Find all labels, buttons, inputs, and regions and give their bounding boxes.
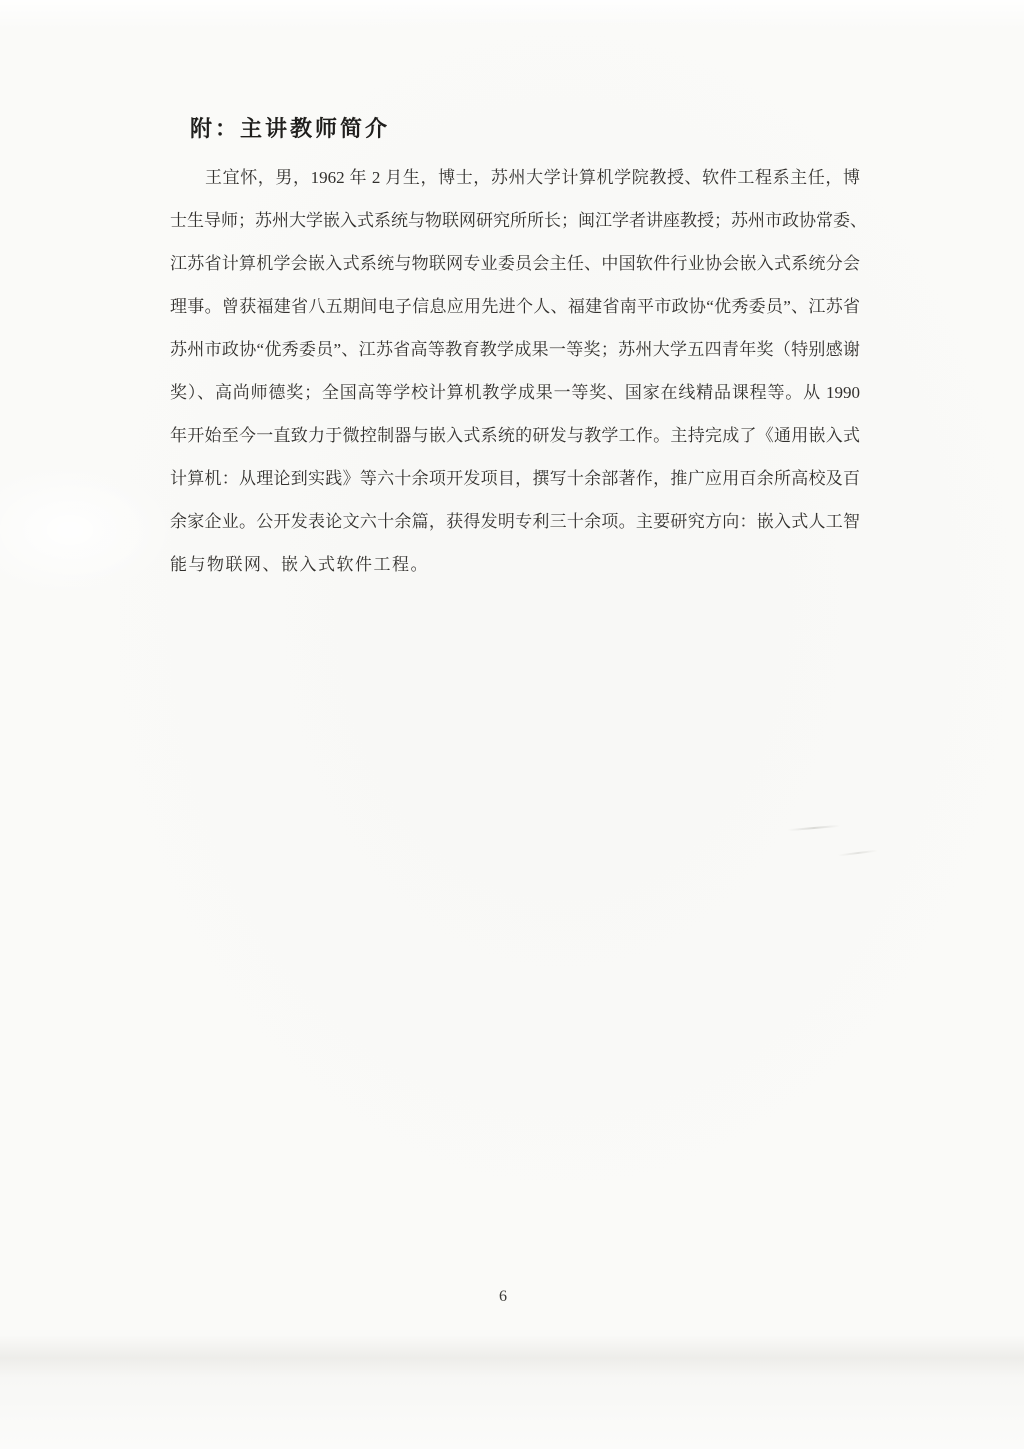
paper-crease-mark [838, 850, 878, 857]
paragraph-line: 余家企业。公开发表论文六十余篇，获得发明专利三十余项。主要研究方向：嵌入式人工智 [170, 500, 860, 543]
scanned-page: 附：主讲教师简介 王宜怀，男，1962 年 2 月生，博士，苏州大学计算机学院教… [0, 0, 1024, 1449]
bio-paragraph: 王宜怀，男，1962 年 2 月生，博士，苏州大学计算机学院教授、软件工程系主任… [170, 156, 860, 586]
paragraph-line: 苏州市政协“优秀委员”、江苏省高等教育教学成果一等奖；苏州大学五四青年奖（特别感… [170, 328, 860, 371]
paragraph-line: 能与物联网、嵌入式软件工程。 [170, 543, 860, 586]
paragraph-line: 王宜怀，男，1962 年 2 月生，博士，苏州大学计算机学院教授、软件工程系主任… [170, 156, 860, 199]
paragraph-line: 理事。曾获福建省八五期间电子信息应用先进个人、福建省南平市政协“优秀委员”、江苏… [170, 285, 860, 328]
paragraph-line: 士生导师；苏州大学嵌入式系统与物联网研究所所长；闽江学者讲座教授；苏州市政协常委… [170, 199, 860, 242]
paragraph-line: 奖）、高尚师德奖；全国高等学校计算机教学成果一等奖、国家在线精品课程等。从 19… [170, 371, 860, 414]
paragraph-line: 计算机：从理论到实践》等六十余项开发项目，撰写十余部著作，推广应用百余所高校及百 [170, 457, 860, 500]
paragraph-line: 江苏省计算机学会嵌入式系统与物联网专业委员会主任、中国软件行业协会嵌入式系统分会 [170, 242, 860, 285]
section-heading: 附：主讲教师简介 [190, 112, 390, 143]
page-number: 6 [0, 1288, 1006, 1306]
paper-crease-mark [788, 825, 840, 832]
paragraph-line: 年开始至今一直致力于微控制器与嵌入式系统的研发与教学工作。主持完成了《通用嵌入式 [170, 414, 860, 457]
